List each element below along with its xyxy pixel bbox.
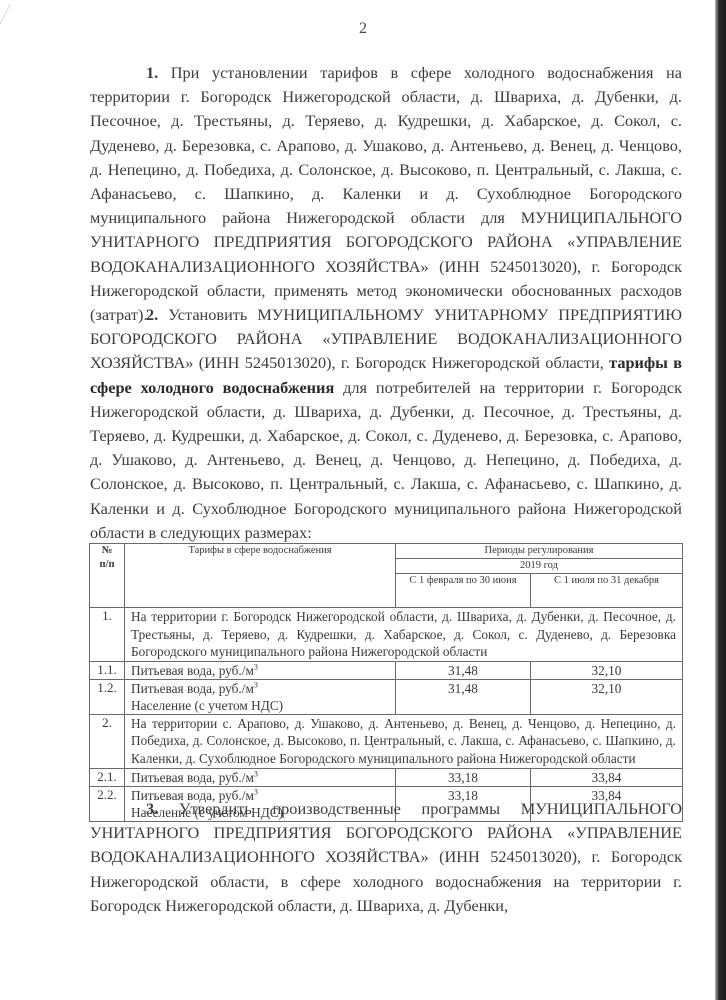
row-period-2-value: 32,10 [531,679,683,714]
row-index: 1.1. [90,661,125,679]
paragraph-3: 3. Утвердить производственные программы … [90,797,682,918]
header-period-2: С 1 июля по 31 декабря [531,574,683,608]
row-item: Питьевая вода, руб./м3 [125,661,396,679]
header-period-1: С 1 февраля по 30 июня [396,574,531,608]
scan-artifact-line [0,4,11,75]
row-period-2-value: 33,84 [531,768,683,786]
paragraph-2: 2. Установить МУНИЦИПАЛЬНОМУ УНИТАРНОМУ … [90,303,682,545]
paragraph-1: 1. При установлении тарифов в сфере холо… [90,61,682,327]
table-row-group-1: 1. На территории г. Богородск Нижегородс… [90,608,683,662]
document-page: 2 1. При установлении тарифов в сфере хо… [0,0,726,1000]
row-item: Питьевая вода, руб./м3 [125,768,396,786]
header-periods: Периоды регулирования [396,544,683,559]
table-row: 1.2. Питьевая вода, руб./м3 Население (с… [90,679,683,714]
page-number: 2 [0,20,726,38]
header-tariff: Тарифы в сфере водоснабжения [125,544,396,608]
header-number: № п/п [90,544,125,608]
header-year: 2019 год [396,559,683,574]
table-row: 2.1. Питьевая вода, руб./м3 33,18 33,84 [90,768,683,786]
table-row: 1.1. Питьевая вода, руб./м3 31,48 32,10 [90,661,683,679]
group-territory: На территории г. Богородск Нижегородской… [125,608,683,662]
row-period-1-value: 31,48 [396,679,531,714]
row-item: Питьевая вода, руб./м3 Население (с учет… [125,679,396,714]
row-period-1-value: 31,48 [396,661,531,679]
table-row-group-2: 2. На территории с. Арапово, д. Ушаково,… [90,714,683,768]
tariff-table: № п/п Тарифы в сфере водоснабжения Перио… [89,543,683,822]
paragraph-1-number: 1. [146,63,158,82]
group-index: 2. [90,714,125,768]
group-territory: На территории с. Арапово, д. Ушаково, д.… [125,714,683,768]
group-index: 1. [90,608,125,662]
paragraph-1-text: При установлении тарифов в сфере холодно… [90,63,682,324]
scan-edge-shadow [715,0,726,1000]
row-index: 1.2. [90,679,125,714]
row-period-1-value: 33,18 [396,768,531,786]
paragraph-3-number: 3. [146,799,158,818]
row-index: 2.1. [90,768,125,786]
row-period-2-value: 32,10 [531,661,683,679]
paragraph-2-number: 2. [146,305,158,324]
paragraph-3-text: Утвердить производственные программы МУН… [90,799,682,915]
paragraph-2-text-after: для потребителей на территории г. Богоро… [90,378,682,542]
paragraph-2-text-before: Установить МУНИЦИПАЛЬНОМУ УНИТАРНОМУ ПРЕ… [90,305,682,372]
row-subitem: Население (с учетом НДС) [131,697,389,714]
